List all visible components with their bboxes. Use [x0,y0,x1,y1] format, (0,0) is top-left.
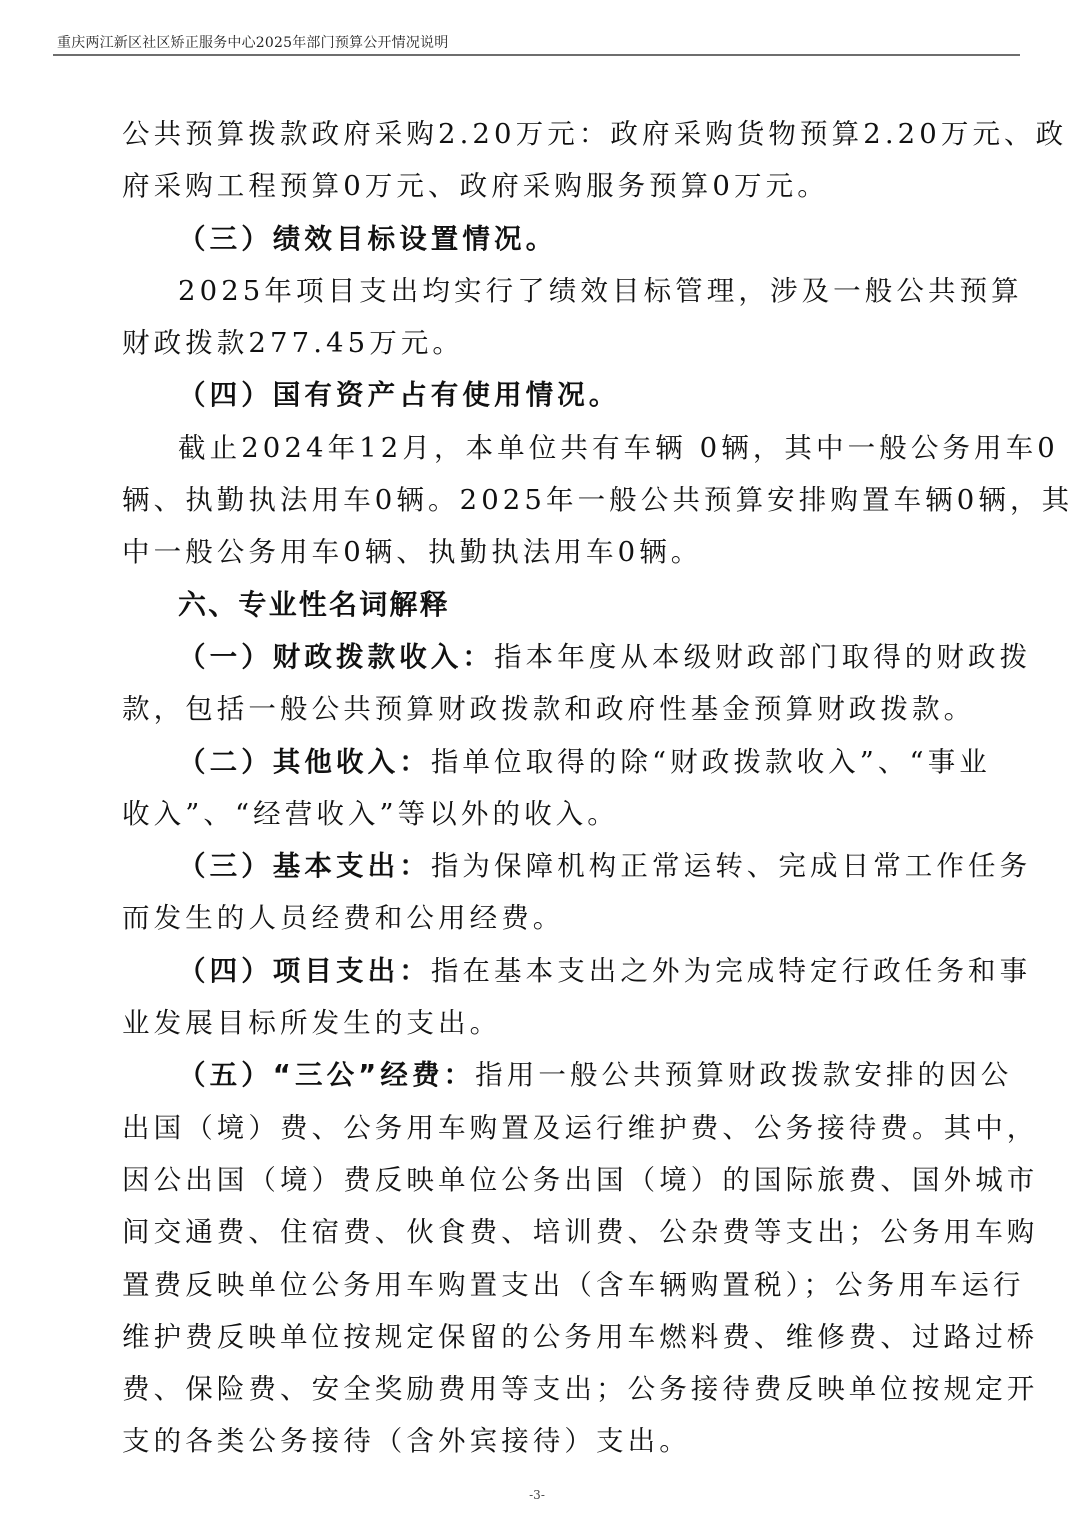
term-project-expenditure-line-1: （四）项目支出：指在基本支出之外为完成特定行政任务和事 [122,945,960,997]
section-heading-terminology: 六、专业性名词解释 [122,579,960,631]
document-running-title: 重庆两江新区社区矫正服务中心2025年部门预算公开情况说明 [57,32,448,52]
term-other-income-line-1: （二）其他收入：指单位取得的除“财政拨款收入”、“事业 [122,736,960,788]
term-three-public-line-5: 置费反映单位公务用车购置支出（含车辆购置税）；公务用车运行 [122,1259,960,1311]
paragraph-procurement-line-1: 公共预算拨款政府采购2.20万元：政府采购货物预算2.20万元、政 [122,108,960,160]
term-fiscal-appropriation-line-1: （一）财政拨款收入：指本年度从本级财政部门取得的财政拨 [122,631,960,683]
page-header: 重庆两江新区社区矫正服务中心2025年部门预算公开情况说明 [53,30,1020,56]
term-three-public-line-8: 支的各类公务接待（含外宾接待）支出。 [122,1415,960,1467]
term-three-public-line-1: （五）“三公”经费：指用一般公共预算财政拨款安排的因公 [122,1049,960,1101]
term-three-public-line-3: 因公出国（境）费反映单位公务出国（境）的国际旅费、国外城市 [122,1154,960,1206]
term-definition: 指为保障机构正常运转、完成日常工作任务 [431,850,1031,882]
paragraph-assets-line-2: 辆、执勤执法用车0辆。2025年一般公共预算安排购置车辆0辆，其 [122,474,960,526]
term-label: （四）项目支出： [178,955,431,987]
paragraph-assets-line-1: 截止2024年12月，本单位共有车辆 0辆，其中一般公务用车0 [122,422,960,474]
term-definition: 指本年度从本级财政部门取得的财政拨 [494,641,1031,673]
page-number: -3- [0,1488,1074,1502]
term-definition: 指单位取得的除“财政拨款收入”、“事业 [431,746,991,778]
paragraph-assets-line-3: 中一般公务用车0辆、执勤执法用车0辆。 [122,526,960,578]
term-definition: 指在基本支出之外为完成特定行政任务和事 [431,955,1031,987]
term-three-public-line-4: 间交通费、住宿费、伙食费、培训费、公杂费等支出；公务用车购 [122,1206,960,1258]
term-project-expenditure-line-2: 业发展目标所发生的支出。 [122,997,960,1049]
term-label: （一）财政拨款收入： [178,641,494,673]
term-three-public-line-7: 费、保险费、安全奖励费用等支出；公务接待费反映单位按规定开 [122,1363,960,1415]
paragraph-procurement-line-2: 府采购工程预算0万元、政府采购服务预算0万元。 [122,160,960,212]
term-three-public-line-6: 维护费反映单位按规定保留的公务用车燃料费、维修费、过路过桥 [122,1311,960,1363]
term-three-public-line-2: 出国（境）费、公务用车购置及运行维护费、公务接待费。其中， [122,1102,960,1154]
subheading-performance-goals: （三）绩效目标设置情况。 [122,213,960,265]
term-basic-expenditure-line-1: （三）基本支出：指为保障机构正常运转、完成日常工作任务 [122,840,960,892]
term-label: （五）“三公”经费： [178,1059,475,1091]
subheading-state-assets: （四）国有资产占有使用情况。 [122,369,960,421]
document-body: 公共预算拨款政府采购2.20万元：政府采购货物预算2.20万元、政 府采购工程预… [122,108,960,1468]
term-other-income-line-2: 收入”、“经营收入”等以外的收入。 [122,788,960,840]
term-fiscal-appropriation-line-2: 款，包括一般公共预算财政拨款和政府性基金预算财政拨款。 [122,683,960,735]
term-definition: 指用一般公共预算财政拨款安排的因公 [475,1059,1012,1091]
term-label: （三）基本支出： [178,850,431,882]
paragraph-performance-line-1: 2025年项目支出均实行了绩效目标管理，涉及一般公共预算 [122,265,960,317]
term-basic-expenditure-line-2: 而发生的人员经费和公用经费。 [122,892,960,944]
term-label: （二）其他收入： [178,746,431,778]
paragraph-performance-line-2: 财政拨款277.45万元。 [122,317,960,369]
